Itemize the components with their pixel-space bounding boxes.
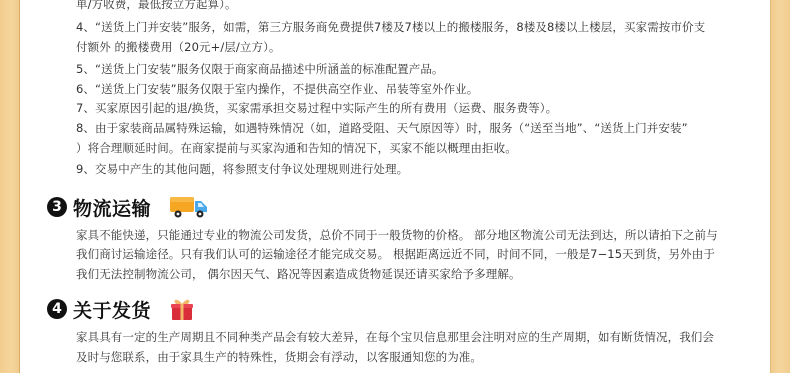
shipping-line: 家具具有一定的生产周期且不同种类产品会有较大差异，在每个宝贝信息那里会注明对应的… <box>76 330 714 344</box>
section-title: 物流运输 <box>73 194 151 221</box>
section-number-badge: 3 <box>47 197 67 217</box>
right-decorative-border <box>770 0 790 373</box>
install-note-line: 4、“送货上门并安装”服务，如需，第三方服务商免费提供7楼及7楼以上的搬楼服务，… <box>76 20 705 34</box>
truck-icon <box>169 195 209 219</box>
section-heading-logistics: 3 物流运输 <box>47 192 209 222</box>
install-note-line: 5、“送货上门安装”服务仅限于商家商品描述中所涵盖的标准配置产品。 <box>76 62 444 76</box>
install-note-line: 单/方收费，最低按立方起算）。 <box>76 0 237 11</box>
logistics-line: 我们无法控制物流公司， 偶尔因天气、路况等因素造成货物延误还请买家给予多理解。 <box>76 267 521 281</box>
install-note-line: ）将合理顺延时间。在商家提前与买家沟通和告知的情况下，买家不能以概理由拒收。 <box>76 141 517 155</box>
install-note-line: 7、买家原因引起的退/换货，买家需承担交易过程中实际产生的所有费用（运费、服务费… <box>76 101 557 115</box>
logistics-line: 我们商讨运输途径。只有我们认可的运输途径才能完成交易。 根据距离远近不同，时间不… <box>76 247 715 261</box>
left-decorative-border <box>0 0 20 373</box>
policy-content-panel: 单/方收费，最低按立方起算）。 4、“送货上门并安装”服务，如需，第三方服务商免… <box>20 0 770 373</box>
install-note-line: 6、“送货上门安装”服务仅限于室内操作，不提供高空作业、吊装等室外作业。 <box>76 82 478 96</box>
gift-icon <box>169 297 195 321</box>
section-heading-shipping: 4 关于发货 <box>47 294 195 324</box>
section-number-badge: 4 <box>47 299 67 319</box>
install-note-line: 9、交易中产生的其他问题，将参照支付争议处理规则进行处理。 <box>76 162 408 176</box>
section-title: 关于发货 <box>73 296 151 323</box>
logistics-line: 家具不能快递，只能通过专业的物流公司发货，总价不同于一般货物的价格。 部分地区物… <box>76 228 718 242</box>
install-note-line: 8、由于家装商品属特殊运输，如遇特殊情况（如，道路受阻、天气原因等）时，服务（“… <box>76 121 688 135</box>
install-note-line: 付额外 的搬楼费用（20元+/层/立方）。 <box>76 40 281 54</box>
shipping-line: 及时与您联系，由于家具生产的特殊性，货期会有浮动，以客服通知您的为准。 <box>76 350 482 364</box>
